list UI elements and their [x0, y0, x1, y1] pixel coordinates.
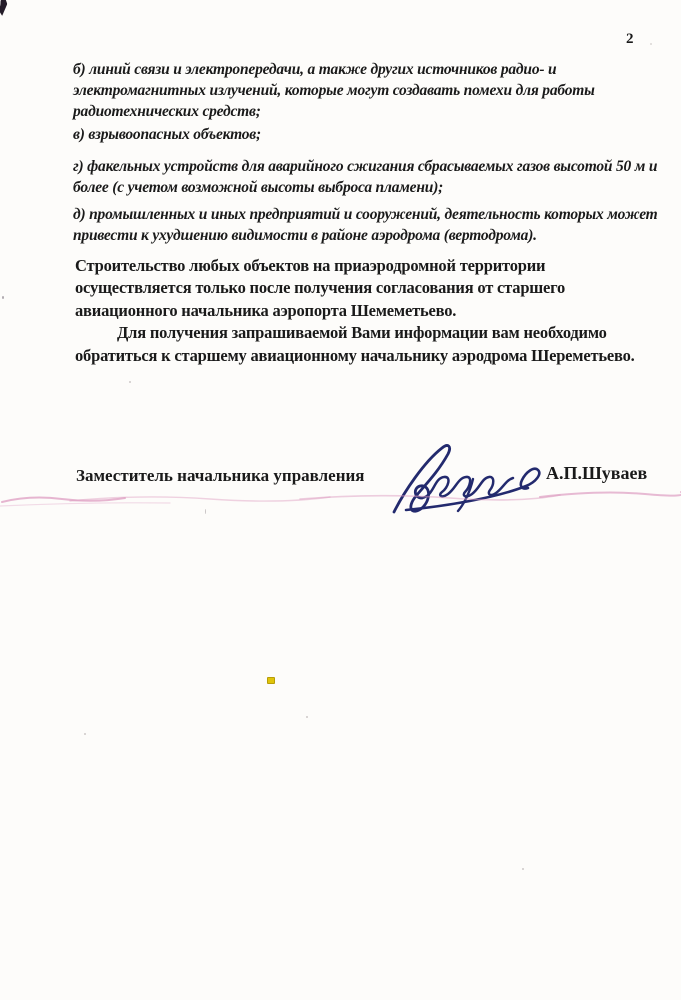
- page-number: 2: [626, 31, 634, 48]
- list-item-d: д) промышленных и иных предприятий и соо…: [73, 204, 658, 246]
- list-item-line: радиотехнических средств;: [73, 101, 595, 122]
- body-line: авиационного начальника аэропорта Шемеме…: [75, 300, 635, 322]
- yellow-speck-artifact: [267, 677, 275, 684]
- list-item-line: д) промышленных и иных предприятий и соо…: [73, 204, 658, 225]
- body-line: обратиться к старшему авиационному начал…: [75, 345, 635, 367]
- pink-scan-streak: [0, 486, 681, 512]
- list-item-line: привести к ухудшению видимости в районе …: [73, 225, 658, 246]
- list-item-line: г) факельных устройств для аварийного сж…: [73, 156, 657, 177]
- scan-speck: [306, 716, 308, 718]
- scan-speck: [2, 296, 4, 299]
- body-line: осуществляется только после получения со…: [75, 277, 635, 299]
- body-text: Строительство любых объектов на приаэрод…: [75, 255, 635, 367]
- signer-position-title: Заместитель начальника управления: [76, 465, 365, 487]
- scan-speck: [129, 381, 131, 383]
- scan-corner-artifact: [0, 0, 8, 16]
- list-item-line: б) линий связи и электропередачи, а такж…: [73, 59, 595, 80]
- list-item-line: более (с учетом возможной высоты выброса…: [73, 177, 657, 198]
- body-line: Строительство любых объектов на приаэрод…: [75, 255, 635, 277]
- scan-speck: [84, 733, 86, 735]
- scan-speck: [205, 509, 206, 514]
- list-item-g: г) факельных устройств для аварийного сж…: [73, 156, 657, 198]
- body-line: Для получения запрашиваемой Вами информа…: [75, 322, 635, 344]
- document-page: 2 б) линий связи и электропередачи, а та…: [0, 0, 681, 1000]
- signer-name: А.П.Шуваев: [546, 462, 647, 484]
- list-item-line: в) взрывоопасных объектов;: [73, 124, 261, 145]
- scan-speck: [650, 43, 652, 45]
- scan-speck: [522, 868, 524, 870]
- list-item-line: электромагнитных излучений, которые могу…: [73, 80, 595, 101]
- list-item-b: б) линий связи и электропередачи, а такж…: [73, 59, 595, 122]
- list-item-v: в) взрывоопасных объектов;: [73, 124, 261, 145]
